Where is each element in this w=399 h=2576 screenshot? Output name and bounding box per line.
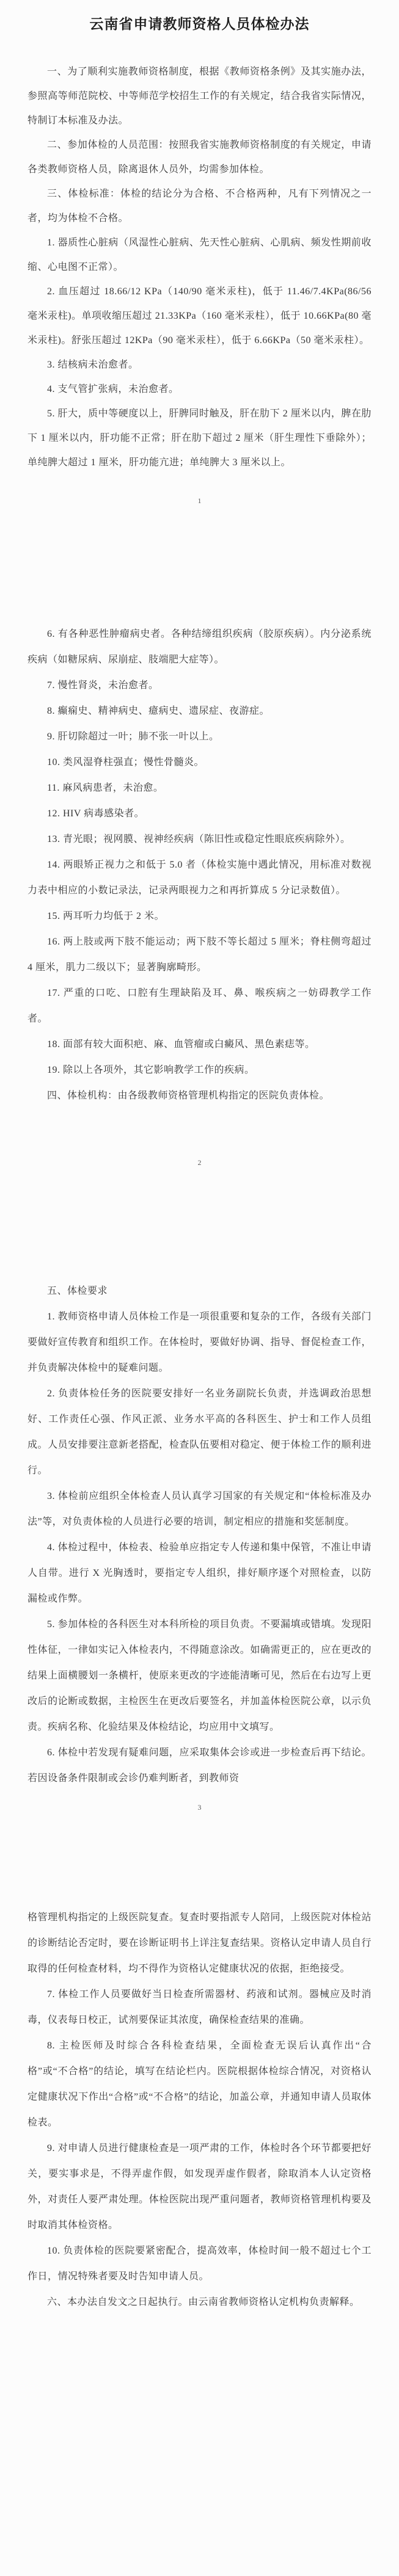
list-item: 3. 结核病未治愈者。 xyxy=(27,353,372,377)
list-item: 13. 青光眼；视网膜、视神经疾病（陈旧性或稳定性眼底疾病除外）。 xyxy=(27,827,372,852)
section-heading: 六、本办法自发文之日起执行。由云南省教师资格认定机构负责解释。 xyxy=(27,2290,372,2315)
list-item: 1. 教师资格申请人员体检工作是一项很重要和复杂的工作，各级有关部门要做好宣传教… xyxy=(27,1304,372,1381)
document-title: 云南省申请教师资格人员体检办法 xyxy=(27,0,372,35)
list-item: 7. 慢性肾炎，未治愈者。 xyxy=(27,673,372,698)
list-item: 12. HIV 病毒感染者。 xyxy=(27,801,372,827)
list-item: 1. 器质性心脏病（风湿性心脏病、先天性心脏病、心肌病、频发性期前收缩、心电图不… xyxy=(27,231,372,280)
list-item: 2. 血压超过 18.66/12 KPa（140/90 毫米汞柱)，低于 11.… xyxy=(27,280,372,353)
paragraph: 二、参加体检的人员范围：按照我省实施教师资格制度的有关规定，申请各类教师资格人员… xyxy=(27,133,372,182)
list-item: 4. 体检过程中，体检表、检验单应指定专人传递和集中保管，不准让申请人自带。进行… xyxy=(27,1535,372,1612)
list-item: 10. 类风湿脊柱强直；慢性骨髓炎。 xyxy=(27,750,372,775)
section-heading: 四、体检机构：由各级教师资格管理机构指定的医院负责体检。 xyxy=(27,1083,372,1109)
page-number: 1 xyxy=(27,495,372,507)
list-item: 8. 主检医师及时综合各科检查结果，全面检查无误后认真作出“合格”或“不合格”的… xyxy=(27,2033,372,2136)
list-item: 10. 负责体检的医院要紧密配合，提高效率，体检时间一般不超过七个工作日，情况特… xyxy=(27,2238,372,2290)
list-item: 6. 有各种恶性肿瘤病史者。各种结缔组织疾病（胶原疾病）。内分泌系统疾病（如糖尿… xyxy=(27,622,372,673)
list-item: 4. 支气管扩张病，未治愈者。 xyxy=(27,377,372,402)
page-2: 6. 有各种恶性肿瘤病史者。各种结缔组织疾病（胶原疾病）。内分泌系统疾病（如糖尿… xyxy=(0,622,399,1169)
paragraph-continuation: 格管理机构指定的上级医院复查。复查时要指派专人陪同，上级医院对体检站的诊断结论否… xyxy=(27,1905,372,1982)
list-item: 9. 对申请人员进行健康检查是一项严肃的工作，体检时各个环节都要把好关，要实事求… xyxy=(27,2136,372,2238)
list-item: 2. 负责体检任务的医院要安排好一名业务副院长负责，并选调政治思想好、工作责任心… xyxy=(27,1381,372,1484)
list-item: 5. 肝大，质中等硬度以上，肝脾同时触及，肝在肋下 2 厘米以内，脾在肋下 1 … xyxy=(27,402,372,475)
list-item: 17. 严重的口吃、口腔有生理缺陷及耳、鼻、喉疾病之一妨碍教学工作者。 xyxy=(27,981,372,1032)
list-item: 18. 面部有较大面积疤、麻、血管瘤或白癜风、黑色素痣等。 xyxy=(27,1032,372,1058)
list-item: 5. 参加体检的各科医生对本科所检的项目负责。不要漏填或错填。发现阳性体征，一律… xyxy=(27,1612,372,1740)
page-2-body: 6. 有各种恶性肿瘤病史者。各种结缔组织疾病（胶原疾病）。内分泌系统疾病（如糖尿… xyxy=(27,622,372,1109)
section-heading: 三、体检标准：体检的结论分为合格、不合格两种，凡有下列情况之一者，均为体检不合格… xyxy=(27,182,372,231)
list-item: 3. 体检前应组织全体检查人员认真学习国家的有关规定和“体检标准及办法”等，对负… xyxy=(27,1484,372,1535)
list-item: 11. 麻风病患者，未治愈。 xyxy=(27,775,372,801)
list-item: 9. 肝切除超过一叶；肺不张一叶以上。 xyxy=(27,724,372,750)
list-item: 6. 体检中若发现有疑难问题，应采取集体会诊或进一步检查后再下结论。若因设备条件… xyxy=(27,1740,372,1791)
list-item: 15. 两耳听力均低于 2 米。 xyxy=(27,904,372,929)
page-number: 3 xyxy=(27,1801,372,1813)
page-1: 云南省申请教师资格人员体检办法 一、为了顺利实施教师资格制度，根据《教师资格条例… xyxy=(0,0,399,507)
page-1-body: 一、为了顺利实施教师资格制度，根据《教师资格条例》及其实施办法，参照高等师范院校… xyxy=(27,60,372,475)
list-item: 19. 除以上各项外，其它影响教学工作的疾病。 xyxy=(27,1058,372,1083)
list-item: 8. 癫痫史、精神病史、癔病史、遗尿症、夜游症。 xyxy=(27,698,372,724)
scanned-document: 云南省申请教师资格人员体检办法 一、为了顺利实施教师资格制度，根据《教师资格条例… xyxy=(0,0,399,2576)
list-item: 16. 两上肢或两下肢不能运动；两下肢不等长超过 5 厘米；脊柱侧弯超过 4 厘… xyxy=(27,929,372,981)
list-item: 7. 体检工作人员要做好当日检查所需器材、药液和试剂。器械应及时消毒，仪表每日校… xyxy=(27,1982,372,2033)
page-4: 格管理机构指定的上级医院复查。复查时要指派专人陪同，上级医院对体检站的诊断结论否… xyxy=(0,1905,399,2315)
page-3-body: 五、体检要求 1. 教师资格申请人员体检工作是一项很重要和复杂的工作，各级有关部… xyxy=(27,1279,372,1791)
page-number: 2 xyxy=(27,1156,372,1169)
page-4-body: 格管理机构指定的上级医院复查。复查时要指派专人陪同，上级医院对体检站的诊断结论否… xyxy=(27,1905,372,2315)
page-3: 五、体检要求 1. 教师资格申请人员体检工作是一项很重要和复杂的工作，各级有关部… xyxy=(0,1279,399,1813)
list-item: 14. 两眼矫正视力之和低于 5.0 者（体检实施中遇此情况，用标准对数视力表中… xyxy=(27,852,372,904)
paragraph: 一、为了顺利实施教师资格制度，根据《教师资格条例》及其实施办法，参照高等师范院校… xyxy=(27,60,372,133)
section-heading: 五、体检要求 xyxy=(27,1279,372,1304)
